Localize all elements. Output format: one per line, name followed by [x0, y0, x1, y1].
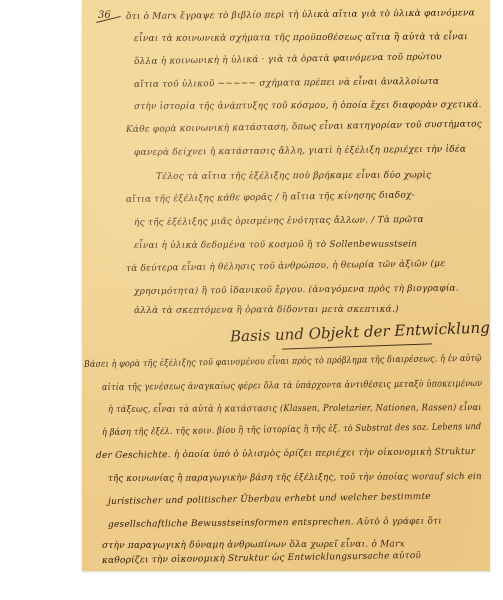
handwritten-line: τῆς κοινωνίας ἢ παραγωγικὴν βάση τῆς ἐξέ…: [108, 472, 482, 484]
scan-viewport: 36 ὅτι ὁ Marx ἔγραψε τὸ βιβλίο περὶ τὴ ὑ…: [0, 0, 503, 600]
handwritten-line: αἰτία τῆς γενέσεως ἀναγκαίως φέρει ὅλα τ…: [102, 379, 482, 393]
handwritten-line: gesellschaftliche Bewusstseinsformen ent…: [108, 517, 442, 530]
handwritten-line: ἡ τάξεως, εἶναι τὰ αὐτὰ ἡ κατάστασις (Kl…: [108, 403, 482, 415]
page-number: 36: [98, 10, 111, 21]
handwritten-line: αἴτια τῆς ἐξέλιξης κάθε φορᾶς / ἢ αἴτια …: [126, 190, 415, 205]
handwritten-line: εἶναι τὰ κοινωνικὰ σχήματα τῆς προϋποθέσ…: [134, 32, 468, 44]
handwritten-line: στὴν παραγωγικὴ δύναμη ἀνθρωπίνων ὅλα χω…: [102, 539, 405, 551]
section-heading: Basis und Objekt der Entwicklung: [230, 318, 490, 345]
handwritten-line: ὅτι ὁ Marx ἔγραψε τὸ βιβλίο περὶ τὴ ὑλικ…: [126, 8, 475, 22]
handwritten-line: Κάθε φορὰ κοινωνικὴ κατάσταση, ὅπως εἶνα…: [126, 119, 482, 135]
handwritten-line: τὰ δεύτερα εἶναι ἡ θέλησις τοῦ ἀνθρώπου,…: [126, 259, 445, 274]
handwritten-line: χρησιμότητα) ἢ τοῦ ἰδανικοῦ ἔργου. (ἀναγ…: [134, 284, 459, 297]
handwritten-line: ἡ βάση τῆς ἐξέλ. τῆς κοιν. βίου ἢ τῆς ἱσ…: [102, 422, 481, 438]
handwritten-line: ὅλλα ἡ κοινωνικὴ ἡ ὑλικά · γιὰ τὰ ὁρατὰ …: [134, 52, 442, 67]
handwritten-line: juristischer und politischer Überbau erh…: [108, 492, 431, 507]
handwritten-line: εἶναι ἡ ὑλικὰ δεδομένα τοῦ κοσμοῦ ἢ τὸ S…: [134, 240, 417, 251]
handwritten-line: φανερὰ δείχνει ἡ κατάστασις ἄλλη, γιατὶ …: [134, 145, 466, 158]
heading-underline: [282, 343, 432, 349]
handwritten-line: καθορίζει τὴν οἰκονομικὴ Struktur ὡς Ent…: [102, 551, 421, 566]
handwritten-line: ής τῆς ἐξέλιξης μιᾶς ὁρισμένης ἐνότητας …: [134, 215, 424, 228]
handwritten-line: Τέλος τὰ αἴτια τῆς ἐξέλιξης ποὺ βρήκαμε …: [156, 171, 431, 182]
handwritten-line: ἀλλὰ τὰ σκεπτόμενα ἢ ὁρατὰ δίδονται μετὰ…: [134, 305, 399, 316]
handwritten-line: αἴτια τοῦ ὑλικοῦ ~~~~~ σχήματα πρέπει νὰ…: [134, 77, 439, 90]
handwritten-line: Βάσει ἡ φορὰ τῆς ἐξέλιξης τοῦ φαινομένου…: [84, 354, 482, 370]
handwritten-line: der Geschichte. ἡ ὁποία ὑπὸ ὁ ὑλισμὸς ὁρ…: [96, 447, 475, 461]
handwritten-line: στὴν ἱστορία τῆς ἀνάπτυξης τοῦ κόσμου, ἡ…: [134, 100, 482, 112]
manuscript-page: 36 ὅτι ὁ Marx ἔγραψε τὸ βιβλίο περὶ τὴ ὑ…: [82, 0, 490, 571]
